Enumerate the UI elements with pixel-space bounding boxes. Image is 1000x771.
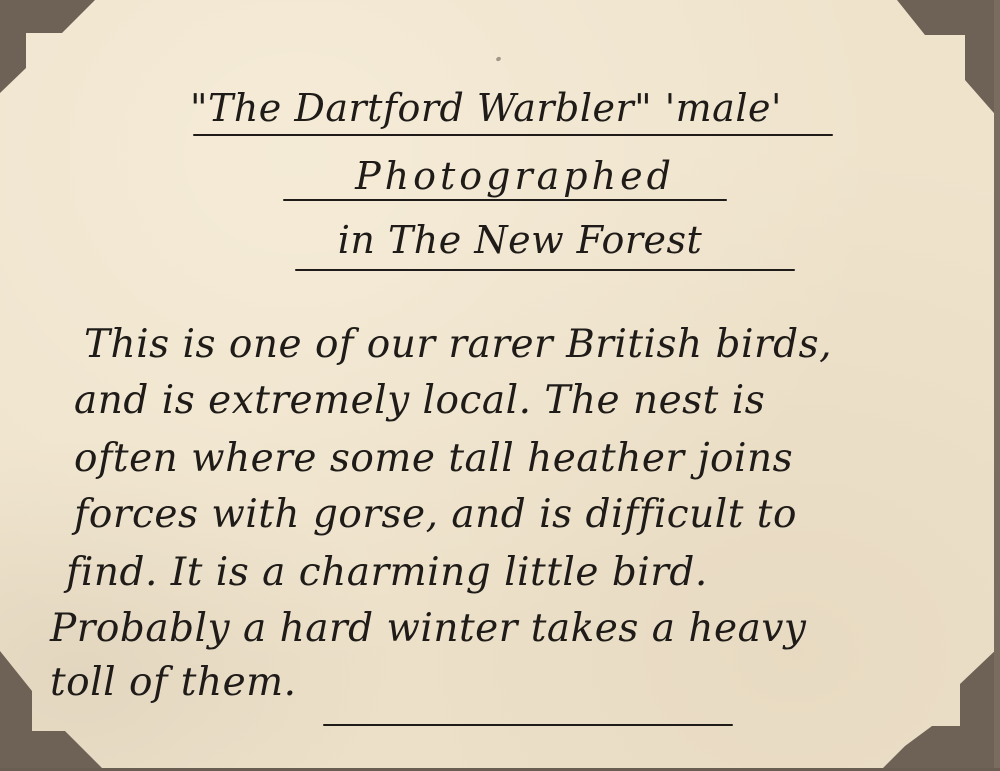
closing-rule [323, 724, 733, 726]
body-line-6: Probably a hard winter takes a heavy [50, 606, 806, 651]
body-line-7: toll of them. [50, 660, 297, 705]
paper-speck [495, 56, 501, 62]
album-page-edge-right [994, 0, 1000, 771]
body-line-3: often where some tall heather joins [74, 436, 793, 481]
body-line-5: find. It is a charming little bird. [66, 550, 708, 595]
body-line-1: This is one of our rarer British birds, [84, 322, 832, 367]
title-line-2: Photographed [300, 154, 730, 198]
body-line-2: and is extremely local. The nest is [74, 378, 765, 423]
title-line-3: in The New Forest [305, 218, 735, 262]
body-line-4: forces with gorse, and is difficult to [74, 492, 797, 537]
title-underline-3 [295, 269, 795, 271]
title-underline-1 [193, 134, 833, 136]
album-card: "The Dartford Warbler" 'male' Photograph… [0, 0, 994, 768]
title-line-1: "The Dartford Warbler" 'male' [190, 86, 950, 130]
title-underline-2 [283, 199, 727, 201]
